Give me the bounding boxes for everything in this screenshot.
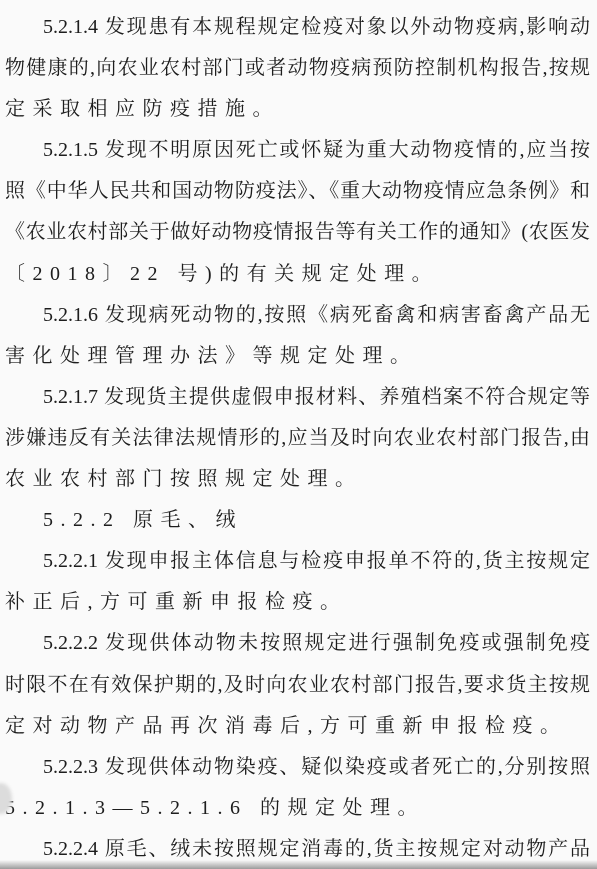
text-line: 5.2.1.4 发现患有本规程规定检疫对象以外动物疫病,影响动 [5,7,590,48]
text-line: 5.2.1.6 发现病死动物的,按照《病死畜禽和病害畜禽产品无 [5,295,590,336]
text-line: 农业农村部门按照规定处理。 [5,459,590,500]
text-line: 〔2018〕22 号)的有关规定处理。 [5,254,590,295]
text-line: 定采取相应防疫措施。 [5,89,590,130]
text-line: 5.2.2.1 发现申报主体信息与检疫申报单不符的,货主按规定 [5,541,590,582]
text-line: 定对动物产品再次消毒后,方可重新申报检疫。 [5,706,590,747]
section-heading-line: 5.2.2 原毛、绒 [5,500,590,541]
text-line: 时限不在有效保护期的,及时向农业农村部门报告,要求货主按规 [5,665,590,706]
page-bottom-shadow [0,860,597,869]
text-line: 物健康的,向农业农村部门或者动物疫病预防控制机构报告,按规 [5,48,590,89]
text-line: 5.2.2.2 发现供体动物未按照规定进行强制免疫或强制免疫 [5,623,590,664]
text-line: 补正后,方可重新申报检疫。 [5,582,590,623]
text-line: 5.2.2.3 发现供体动物染疫、疑似染疫或者死亡的,分别按照 [5,747,590,788]
text-line: 《农业农村部关于做好动物疫情报告等有关工作的通知》(农医发 [5,212,590,253]
document-page: 5.2.1.4 发现患有本规程规定检疫对象以外动物疫病,影响动 物健康的,向农业… [0,0,597,869]
text-line: 5.2.1.5 发现不明原因死亡或怀疑为重大动物疫情的,应当按 [5,130,590,171]
text-line: 5.2.1.3—5.2.1.6 的规定处理。 [5,788,590,829]
text-line: 照《中华人民共和国动物防疫法》、《重大动物疫情应急条例》和 [5,171,590,212]
text-line: 涉嫌违反有关法律法规情形的,应当及时向农业农村部门报告,由 [5,418,590,459]
text-line: 害化处理管理办法》等规定处理。 [5,336,590,377]
text-line: 5.2.1.7 发现货主提供虚假申报材料、养殖档案不符合规定等 [5,377,590,418]
